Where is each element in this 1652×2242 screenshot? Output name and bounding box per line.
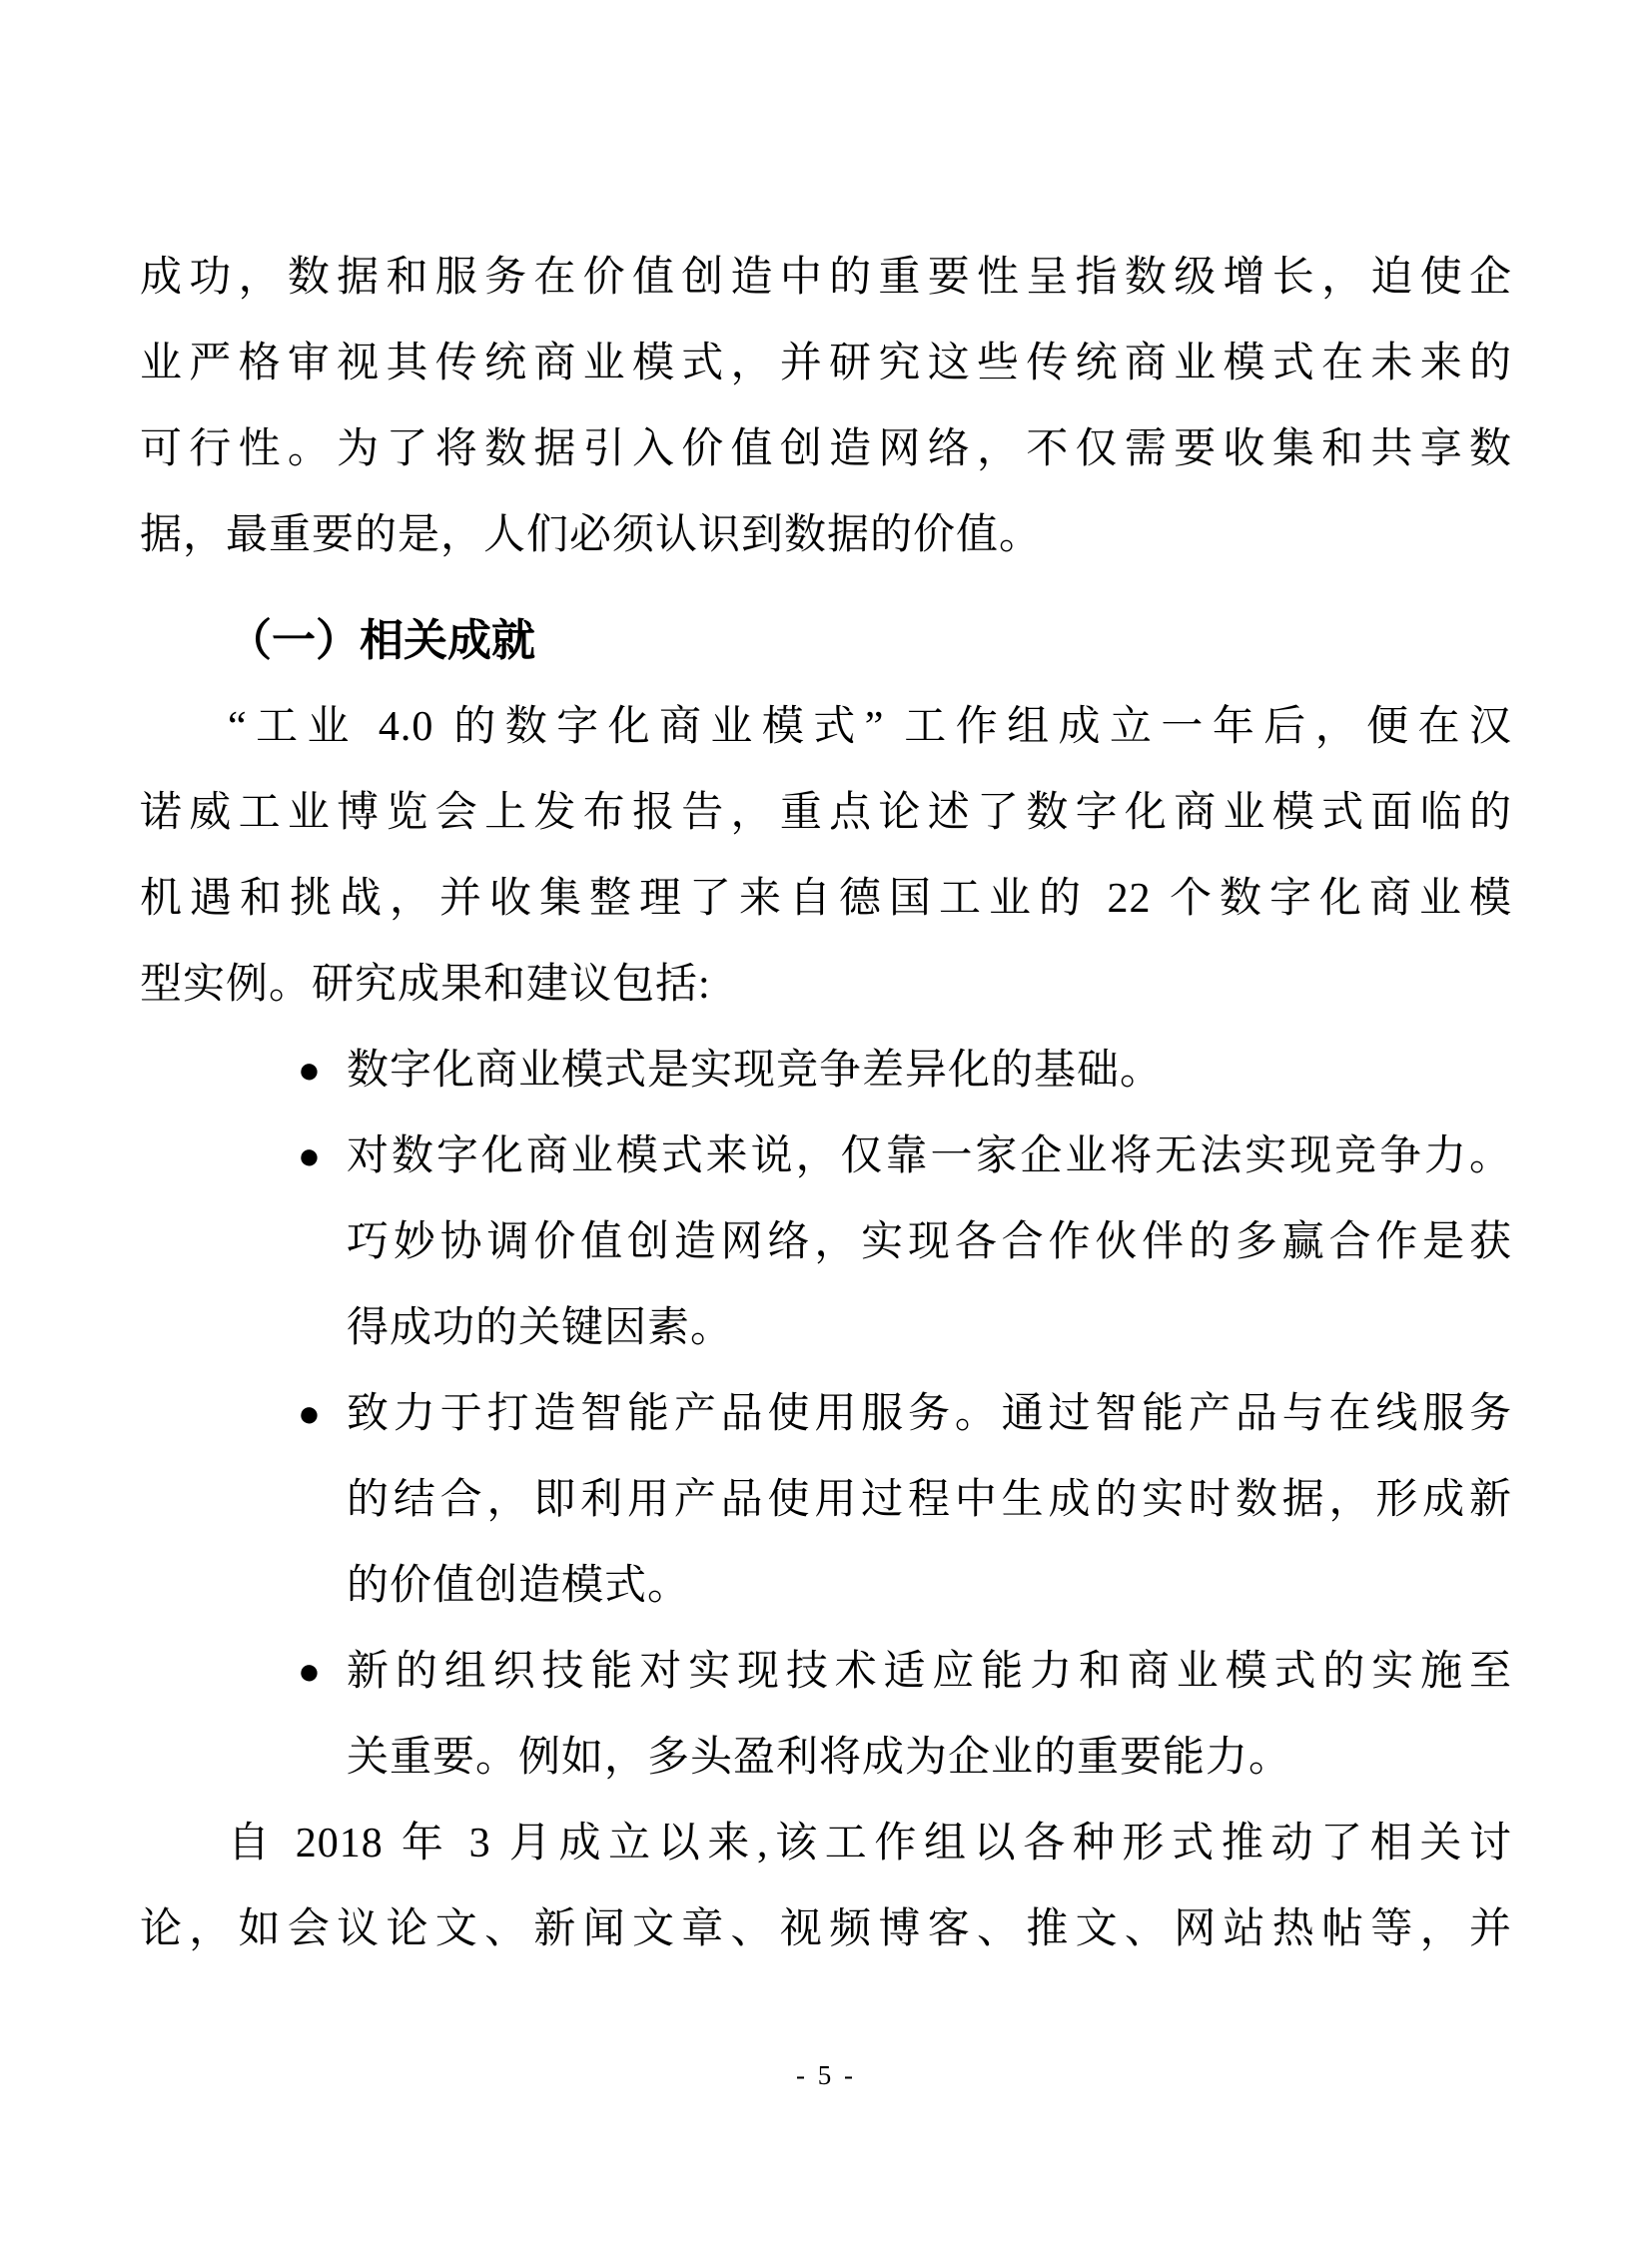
body-text-line: 致力于打造智能产品使用服务。通过智能产品与在线服务 — [347, 1371, 1512, 1457]
bullet-marker-icon: ● — [298, 1629, 321, 1715]
bullet-marker-icon: ● — [298, 1028, 321, 1114]
section-heading: （一）相关成就 — [140, 598, 1512, 684]
body-text-line: 得成功的关键因素。 — [347, 1285, 1512, 1371]
bullet-marker-icon: ● — [298, 1371, 321, 1457]
body-text-line: 诺威工业博览会上发布报告，重点论述了数字化商业模式面临的 — [140, 770, 1512, 856]
body-text-line: “工业 4.0 的数字化商业模式” 工作组成立一年后，便在汉 — [140, 684, 1512, 770]
body-text-line: 成功，数据和服务在价值创造中的重要性呈指数级增长，迫使企 — [140, 235, 1512, 321]
paragraph: 自 2018 年 3 月成立以来,该工作组以各种形式推动了相关讨 论，如会议论文… — [140, 1801, 1512, 1972]
body-text-line: 巧妙协调价值创造网络，实现各合作伙伴的多赢合作是获 — [347, 1199, 1512, 1285]
bullet-item: ● 数字化商业模式是实现竞争差异化的基础。 — [140, 1028, 1512, 1114]
bullet-item: ● 致力于打造智能产品使用服务。通过智能产品与在线服务 的结合，即利用产品使用过… — [140, 1371, 1512, 1629]
body-text-line: 论，如会议论文、新闻文章、视频博客、推文、网站热帖等，并 — [140, 1886, 1512, 1972]
bullet-list: ● 数字化商业模式是实现竞争差异化的基础。 ● 对数字化商业模式来说，仅靠一家企… — [140, 1028, 1512, 1801]
bullet-item: ● 对数字化商业模式来说，仅靠一家企业将无法实现竞争力。 巧妙协调价值创造网络，… — [140, 1114, 1512, 1371]
page-number: - 5 - — [0, 2055, 1652, 2095]
paragraph: “工业 4.0 的数字化商业模式” 工作组成立一年后，便在汉 诺威工业博览会上发… — [140, 684, 1512, 1028]
body-text-line: 的价值创造模式。 — [347, 1543, 1512, 1629]
body-text-line: 可行性。为了将数据引入价值创造网络，不仅需要收集和共享数 — [140, 406, 1512, 492]
bullet-marker-icon: ● — [298, 1114, 321, 1199]
paragraph: 成功，数据和服务在价值创造中的重要性呈指数级增长，迫使企 业严格审视其传统商业模… — [140, 235, 1512, 578]
body-text-line: 据，最重要的是，人们必须认识到数据的价值。 — [140, 492, 1512, 578]
bullet-item: ● 新的组织技能对实现技术适应能力和商业模式的实施至 关重要。例如，多头盈利将成… — [140, 1629, 1512, 1801]
body-text-line: 新的组织技能对实现技术适应能力和商业模式的实施至 — [347, 1629, 1512, 1715]
page-body: 成功，数据和服务在价值创造中的重要性呈指数级增长，迫使企 业严格审视其传统商业模… — [140, 235, 1512, 1972]
body-text-line: 的结合，即利用产品使用过程中生成的实时数据，形成新 — [347, 1457, 1512, 1543]
body-text-line: 对数字化商业模式来说，仅靠一家企业将无法实现竞争力。 — [347, 1114, 1512, 1199]
body-text-line: 数字化商业模式是实现竞争差异化的基础。 — [347, 1028, 1512, 1114]
body-text-line: 关重要。例如，多头盈利将成为企业的重要能力。 — [347, 1715, 1512, 1801]
body-text-line: 型实例。研究成果和建议包括: — [140, 942, 1512, 1028]
body-text-line: 自 2018 年 3 月成立以来,该工作组以各种形式推动了相关讨 — [140, 1801, 1512, 1886]
body-text-line: 机遇和挑战，并收集整理了来自德国工业的 22 个数字化商业模 — [140, 856, 1512, 942]
body-text-line: 业严格审视其传统商业模式，并研究这些传统商业模式在未来的 — [140, 321, 1512, 406]
document-page: 成功，数据和服务在价值创造中的重要性呈指数级增长，迫使企 业严格审视其传统商业模… — [0, 0, 1652, 2242]
